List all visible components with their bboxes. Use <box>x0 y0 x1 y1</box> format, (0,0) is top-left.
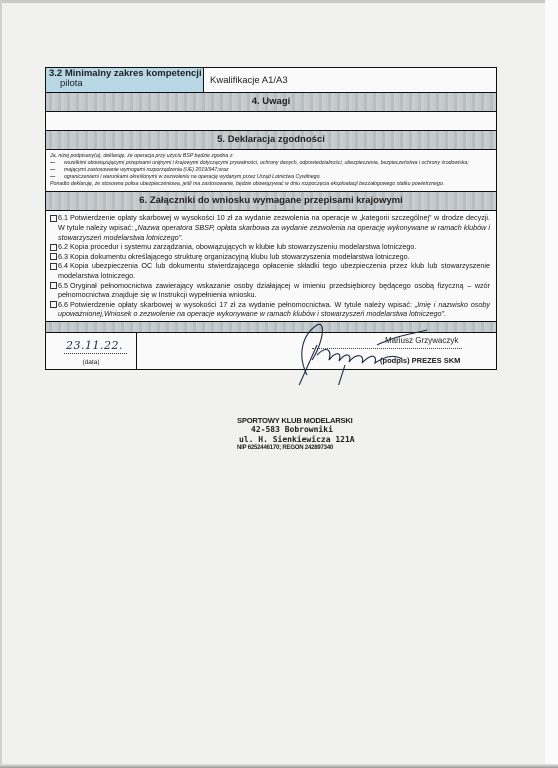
attachment-item-6-4: 6.4Kopia ubezpieczenia OC lub dokumentu … <box>50 261 490 280</box>
section-3-2-row: 3.2 Minimalny zakres kompetencji pilota … <box>46 68 496 93</box>
stamp-street: ul. H. Sienkiewicza 121A <box>237 435 377 445</box>
declaration-item: — ograniczeniami i warunkami określonymi… <box>50 174 492 181</box>
attachment-item-6-6: 6.6Potwierdzenie opłaty skarbowej w wyso… <box>50 300 490 319</box>
checkbox-6-2[interactable] <box>50 244 57 251</box>
checkbox-6-3[interactable] <box>50 253 57 260</box>
signer-caption: (podpis) PREZES SKM <box>380 356 460 365</box>
checkbox-6-1[interactable] <box>50 215 57 222</box>
stamp-postal: 42-583 Bobrowniki <box>237 425 377 435</box>
checkbox-6-6[interactable] <box>50 301 57 308</box>
section-divider-band <box>46 322 496 333</box>
bullet-dash-icon: — <box>50 174 64 181</box>
scan-edge-right <box>545 0 558 768</box>
application-form: 3.2 Minimalny zakres kompetencji pilota … <box>45 67 497 370</box>
competence-value[interactable]: Kwalifikacje A1/A3 <box>204 68 496 92</box>
date-cell: 23.11.22. (data) <box>46 333 137 369</box>
scan-edge-left <box>0 0 2 768</box>
stamp-company-name: SPORTOWY KLUB MODELARSKI <box>237 416 377 425</box>
signature-cell: Mariusz Grzywaczyk (podpis) PREZES SKM <box>137 333 496 369</box>
bullet-dash-icon: — <box>50 160 64 167</box>
company-stamp: SPORTOWY KLUB MODELARSKI 42-583 Bobrowni… <box>237 416 377 451</box>
declaration-item: — wszelkimi obowiązującymi przepisami un… <box>50 160 492 167</box>
competence-label-line2: pilota <box>49 79 203 89</box>
attachments-list: 6.1Potwierdzenie opłaty skarbowej w wyso… <box>46 211 496 322</box>
checkbox-6-5[interactable] <box>50 282 57 289</box>
declaration-closing: Ponadto deklaruję, że stosowna polisa ub… <box>50 181 492 188</box>
signer-name-stamp: Mariusz Grzywaczyk <box>385 336 458 345</box>
date-field[interactable]: 23.11.22. <box>64 339 127 354</box>
scan-edge-bottom <box>0 764 558 768</box>
scan-edge-top <box>0 0 558 3</box>
section-4-header: 4. Uwagi <box>46 93 496 112</box>
stamp-tax-ids: NIP 6252446170; REGON 242897340 <box>237 445 377 451</box>
signature-line <box>312 348 462 349</box>
attachment-item-6-5: 6.5Oryginał pełnomocnictwa zawierający w… <box>50 281 490 300</box>
section-5-header: 5. Deklaracja zgodności <box>46 131 496 150</box>
section-6-header: 6. Załączniki do wniosku wymagane przepi… <box>46 192 496 211</box>
declaration-intro: Ja, niżej podpisany(a), deklaruję, że op… <box>50 153 492 160</box>
attachment-item-6-1: 6.1Potwierdzenie opłaty skarbowej w wyso… <box>50 213 490 242</box>
declaration-item: — mającymi zastosowanie wymogami rozporz… <box>50 167 492 174</box>
attachment-item-6-3: 6.3Kopia dokumentu określającego struktu… <box>50 252 490 262</box>
remarks-field[interactable] <box>46 112 496 131</box>
checkbox-6-4[interactable] <box>50 263 57 270</box>
bullet-dash-icon: — <box>50 167 64 174</box>
signature-row: 23.11.22. (data) Mariusz Grzywaczyk (pod… <box>46 333 496 370</box>
attachment-item-6-2: 6.2Kopia procedur i systemu zarządzania,… <box>50 242 490 252</box>
competence-label: 3.2 Minimalny zakres kompetencji pilota <box>46 68 204 92</box>
date-caption: (data) <box>46 359 136 366</box>
declaration-text: Ja, niżej podpisany(a), deklaruję, że op… <box>46 150 496 192</box>
